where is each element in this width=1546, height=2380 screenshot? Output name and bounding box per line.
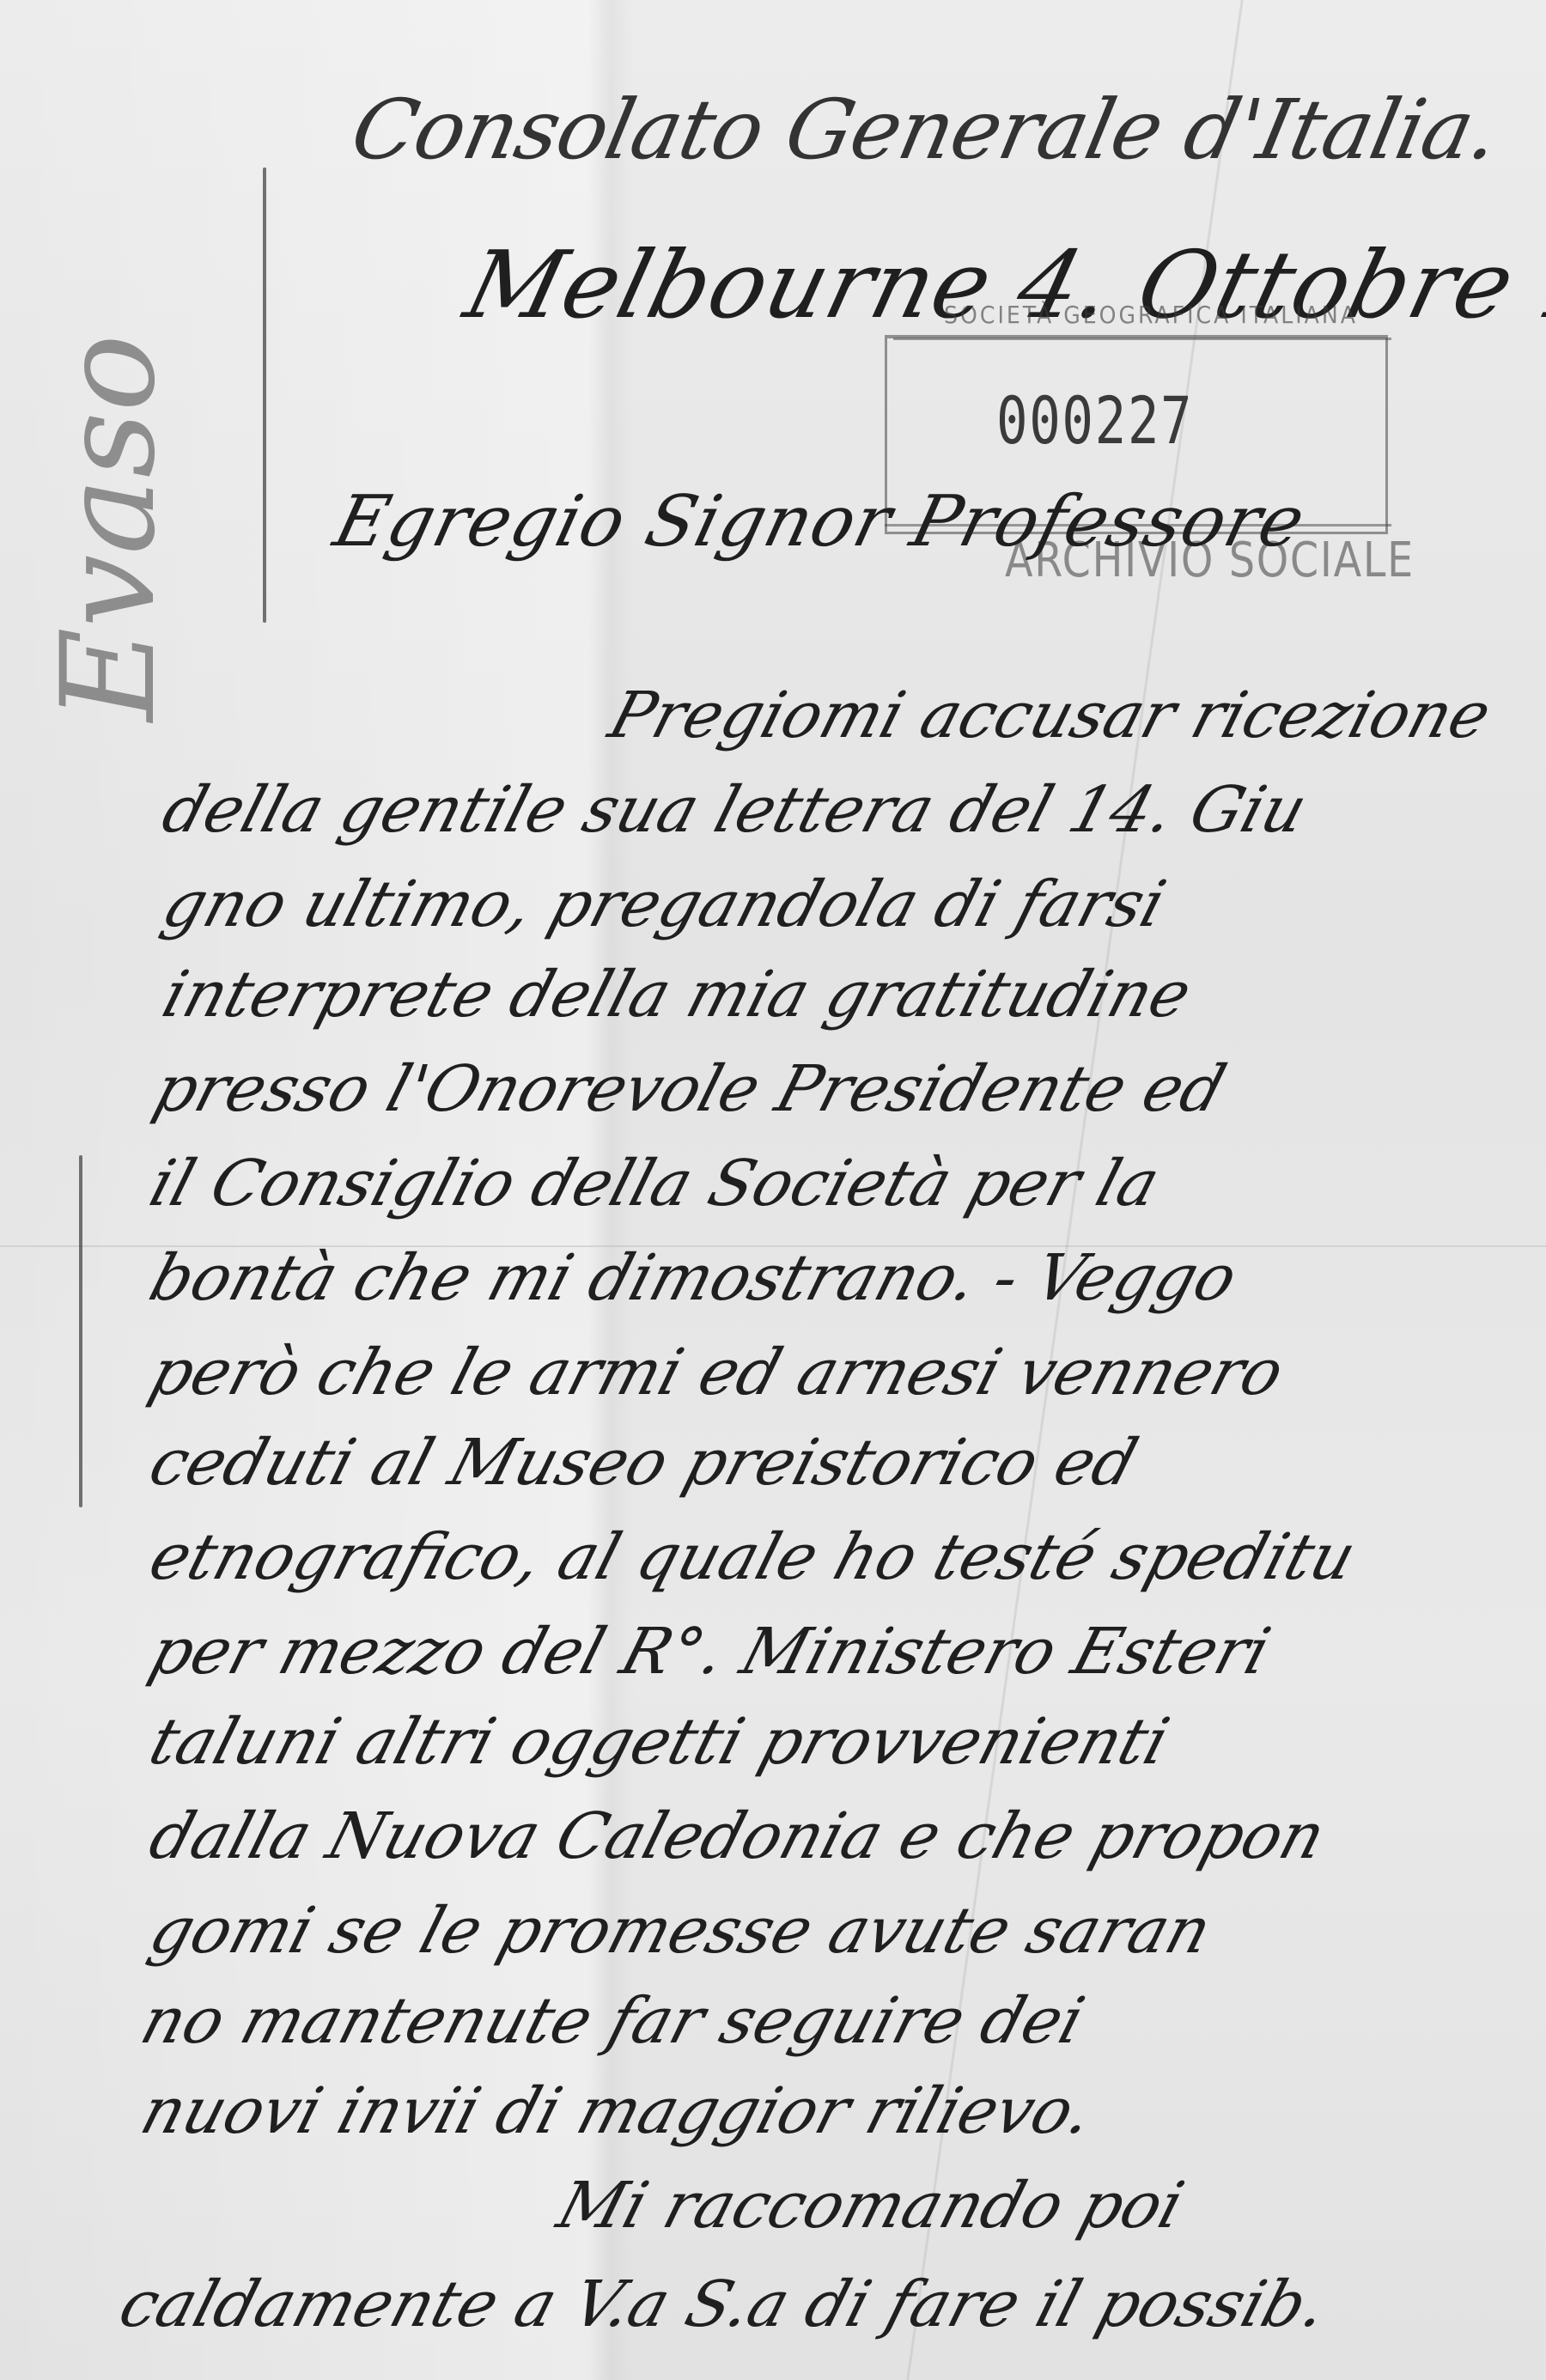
body-line: presso l'Onorevole Presidente ed bbox=[146, 1052, 1233, 1126]
body-line: della gentile sua lettera del 14. Giu bbox=[155, 773, 1315, 847]
body-line: per mezzo del R°. Ministero Esteri bbox=[142, 1615, 1278, 1689]
body-line: però che le armi ed arnesi vennero bbox=[142, 1336, 1292, 1409]
body-line: no mantenute far seguire dei bbox=[133, 1984, 1093, 2058]
body-line: caldamente a V.a S.a di fare il possib. bbox=[112, 2267, 1336, 2341]
margin-note: Evaso bbox=[34, 334, 184, 721]
body-line: gno ultimo, pregandola di farsi bbox=[155, 867, 1173, 941]
margin-line-top bbox=[263, 167, 266, 623]
body-line: Mi raccomando poi bbox=[550, 2169, 1192, 2243]
stamp-society-text: SOCIETÀ GEOGRAFICA ITALIANA bbox=[885, 301, 1417, 329]
body-line: Pregiomi accusar ricezione bbox=[601, 679, 1499, 752]
stamp-number: 000227 bbox=[996, 382, 1193, 459]
body-line: taluni altri oggetti provvenienti bbox=[142, 1705, 1177, 1779]
margin-line-body bbox=[79, 1155, 82, 1507]
body-line: interprete della mia gratitudine bbox=[155, 958, 1199, 1032]
body-line: dalla Nuova Caledonia e che propon bbox=[142, 1799, 1333, 1873]
salutation: Egregio Signor Professore bbox=[326, 481, 1313, 563]
body-line: nuovi invii di maggior rilievo. bbox=[133, 2074, 1101, 2148]
body-line: bontà che mi dimostrano. - Veggo bbox=[142, 1241, 1245, 1315]
body-line: ceduti al Museo preistorico ed bbox=[142, 1426, 1146, 1500]
body-line: gomi se le promesse avute saran bbox=[142, 1894, 1220, 1968]
letterhead: Consolato Generale d'Italia. bbox=[344, 82, 1507, 178]
body-line: il Consiglio della Società per la bbox=[142, 1147, 1167, 1220]
body-line: etnografico, al quale ho testé speditu bbox=[142, 1520, 1364, 1594]
